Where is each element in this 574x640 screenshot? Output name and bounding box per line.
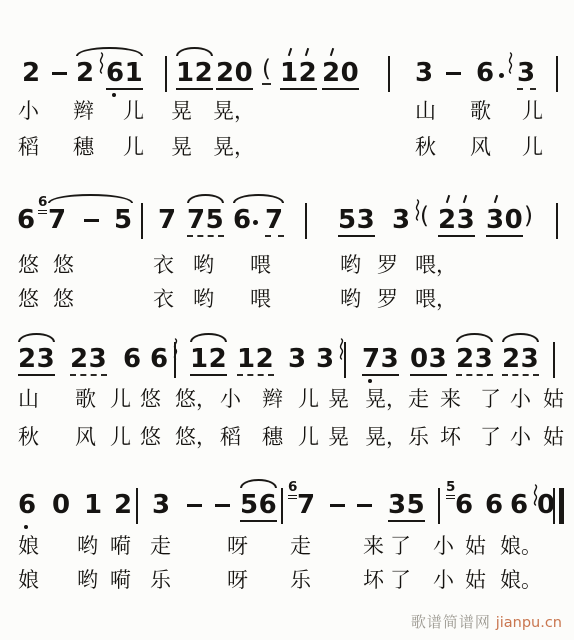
note-token: 0 bbox=[52, 492, 71, 518]
duration-dash bbox=[357, 504, 372, 507]
lyric-syllable: 辫 bbox=[262, 389, 283, 410]
lyric-syllable: 姑 bbox=[543, 427, 564, 448]
note-token: 23 bbox=[438, 207, 475, 237]
slur-arc bbox=[456, 333, 493, 342]
duration-dash bbox=[52, 72, 67, 75]
parenthesis: ( bbox=[420, 205, 429, 228]
lyric-syllable: 秋 bbox=[415, 137, 436, 158]
note-token: 7 bbox=[158, 207, 177, 233]
note-token: 23 bbox=[456, 346, 493, 376]
note-token: 6 bbox=[510, 492, 529, 518]
lyric-syllable: 衣 bbox=[153, 289, 174, 310]
note-token: 56 bbox=[240, 492, 277, 522]
final-barline-thick bbox=[559, 488, 564, 524]
lyric-syllable: 悠 bbox=[18, 289, 39, 310]
duration-dash bbox=[187, 504, 202, 507]
lyric-syllable: 哟 bbox=[77, 536, 98, 557]
wavy-ornament-icon bbox=[506, 52, 515, 78]
lyric-syllable: 走 bbox=[150, 536, 171, 557]
note-token: 6 bbox=[18, 492, 37, 518]
note-token: 2 bbox=[76, 60, 95, 86]
grace-note: 5 bbox=[446, 481, 455, 499]
lyric-syllable: 娘 bbox=[18, 570, 39, 591]
barline bbox=[281, 488, 283, 524]
lyric-syllable: 小 bbox=[220, 389, 241, 410]
note-token: 3 bbox=[288, 346, 307, 372]
barline bbox=[556, 56, 558, 92]
lyric-syllable: 小 bbox=[510, 389, 531, 410]
lyric-syllable: 悠 bbox=[18, 255, 39, 276]
lyric-syllable: 喂， bbox=[415, 255, 457, 276]
lyric-syllable: 姑 bbox=[543, 389, 564, 410]
dotted-note-dot bbox=[499, 73, 504, 78]
barline bbox=[174, 342, 176, 378]
lyric-syllable: 嗬 bbox=[110, 570, 131, 591]
lyric-syllable: 悠 bbox=[140, 427, 161, 448]
note-token: 35 bbox=[388, 492, 425, 522]
note-token: 61 bbox=[106, 60, 143, 90]
note-token: 03 bbox=[410, 346, 447, 376]
lyric-syllable: 喂 bbox=[250, 289, 271, 310]
slur-arc bbox=[76, 47, 143, 56]
lyric-syllable: 晃， bbox=[213, 101, 255, 122]
note-token: 1 bbox=[84, 492, 103, 518]
lyric-syllable: 歌 bbox=[75, 389, 96, 410]
lyric-syllable: 乐 bbox=[290, 570, 311, 591]
slur-arc bbox=[240, 479, 277, 488]
lyric-syllable: 乐 bbox=[408, 427, 429, 448]
note-token: 20 bbox=[216, 60, 253, 90]
lyric-syllable: 了 bbox=[390, 570, 411, 591]
lyric-syllable: 晃， bbox=[213, 137, 255, 158]
lyric-syllable: 呀 bbox=[227, 570, 248, 591]
slur-arc bbox=[502, 333, 539, 342]
lyric-syllable: 风 bbox=[75, 427, 96, 448]
note-token: 12 bbox=[280, 60, 317, 90]
accent-tick-icon bbox=[304, 48, 308, 56]
lyric-syllable: 小 bbox=[510, 427, 531, 448]
barline bbox=[388, 56, 390, 92]
parenthesis: ( bbox=[262, 58, 271, 85]
note-token: 12 bbox=[190, 346, 227, 376]
lyric-syllable: 罗 bbox=[377, 255, 398, 276]
note-token: 6 bbox=[233, 207, 252, 233]
lyric-syllable: 来 bbox=[440, 389, 461, 410]
lyric-syllable: 晃 bbox=[171, 101, 192, 122]
lyric-syllable: 儿 bbox=[522, 101, 543, 122]
lyric-syllable: 晃 bbox=[171, 137, 192, 158]
note-token: 12 bbox=[176, 60, 213, 90]
lyric-syllable: 了 bbox=[390, 536, 411, 557]
lyric-syllable: 辫 bbox=[73, 101, 94, 122]
lyric-syllable: 儿 bbox=[522, 137, 543, 158]
low-octave-dot bbox=[24, 525, 28, 529]
lyric-syllable: 悠 bbox=[140, 389, 161, 410]
lyric-syllable: 穗 bbox=[262, 427, 283, 448]
watermark-site-name: 歌谱简谱网 bbox=[411, 615, 491, 631]
note-token: 7 bbox=[48, 207, 67, 233]
lyric-syllable: 山 bbox=[415, 101, 436, 122]
lyric-syllable: 悠， bbox=[175, 389, 217, 410]
duration-dash bbox=[84, 219, 99, 222]
barline bbox=[165, 56, 167, 92]
note-token: 12 bbox=[237, 346, 274, 376]
parenthesis: ) bbox=[524, 205, 533, 228]
slur-arc bbox=[176, 47, 213, 56]
lyric-syllable: 儿 bbox=[110, 389, 131, 410]
accent-tick-icon bbox=[494, 195, 498, 203]
note-token: 6 bbox=[123, 346, 142, 372]
barline bbox=[438, 488, 440, 524]
barline bbox=[344, 342, 346, 378]
slur-arc bbox=[233, 194, 284, 203]
note-token: 3 bbox=[517, 60, 536, 90]
lyric-syllable: 儿 bbox=[110, 427, 131, 448]
lyric-syllable: 悠， bbox=[175, 427, 217, 448]
note-token: 2 bbox=[114, 492, 133, 518]
duration-dash bbox=[330, 504, 345, 507]
lyric-syllable: 走 bbox=[290, 536, 311, 557]
lyric-syllable: 小 bbox=[18, 101, 39, 122]
lyric-syllable: 了 bbox=[480, 389, 501, 410]
lyric-syllable: 稻 bbox=[220, 427, 241, 448]
note-token: 75 bbox=[187, 207, 224, 237]
lyric-syllable: 稻 bbox=[18, 137, 39, 158]
lyric-syllable: 娘。 bbox=[500, 570, 542, 591]
lyric-syllable: 儿 bbox=[123, 101, 144, 122]
lyric-syllable: 小 bbox=[433, 536, 454, 557]
note-token: 3 bbox=[415, 60, 434, 86]
lyric-syllable: 嗬 bbox=[110, 536, 131, 557]
note-token: 20 bbox=[322, 60, 359, 90]
slur-arc bbox=[18, 333, 55, 342]
note-token: 7 bbox=[297, 492, 316, 518]
lyric-syllable: 走 bbox=[408, 389, 429, 410]
lyric-syllable: 哟 bbox=[193, 289, 214, 310]
lyric-syllable: 哟 bbox=[340, 289, 361, 310]
accent-tick-icon bbox=[288, 48, 292, 56]
duration-dash bbox=[215, 504, 230, 507]
accent-tick-icon bbox=[462, 195, 466, 203]
lyric-syllable: 呀 bbox=[227, 536, 248, 557]
slur-arc bbox=[187, 194, 224, 203]
lyric-syllable: 儿 bbox=[123, 137, 144, 158]
lyric-syllable: 娘。 bbox=[500, 536, 542, 557]
dotted-note-dot bbox=[253, 220, 258, 225]
lyric-syllable: 穗 bbox=[73, 137, 94, 158]
lyric-syllable: 了 bbox=[480, 427, 501, 448]
lyric-syllable: 晃 bbox=[328, 389, 349, 410]
low-octave-dot bbox=[112, 93, 116, 97]
slur-arc bbox=[190, 333, 227, 342]
slur-arc bbox=[48, 194, 133, 203]
lyric-syllable: 晃， bbox=[365, 427, 407, 448]
barline bbox=[556, 203, 558, 239]
note-token: 5 bbox=[114, 207, 133, 233]
accent-tick-icon bbox=[330, 48, 334, 56]
lyric-syllable: 来 bbox=[363, 536, 384, 557]
lyric-syllable: 姑 bbox=[465, 570, 486, 591]
lyric-syllable: 歌 bbox=[470, 101, 491, 122]
note-token: 2 bbox=[22, 60, 41, 86]
lyric-syllable: 乐 bbox=[150, 570, 171, 591]
watermark-site-url: jianpu.cn bbox=[496, 615, 562, 631]
note-token: 23 bbox=[502, 346, 539, 376]
note-token: 6 bbox=[455, 492, 474, 518]
final-barline bbox=[553, 488, 555, 524]
lyric-syllable: 罗 bbox=[377, 289, 398, 310]
lyric-syllable: 小 bbox=[433, 570, 454, 591]
note-token: 23 bbox=[70, 346, 107, 376]
note-token: 53 bbox=[338, 207, 375, 237]
lyric-syllable: 秋 bbox=[18, 427, 39, 448]
lyric-syllable: 风 bbox=[470, 137, 491, 158]
lyric-syllable: 坏 bbox=[363, 570, 384, 591]
duration-dash bbox=[446, 72, 461, 75]
note-token: 3 bbox=[152, 492, 171, 518]
note-token: 6 bbox=[150, 346, 169, 372]
note-token: 6 bbox=[485, 492, 504, 518]
note-token: 6 bbox=[476, 60, 495, 86]
lyric-syllable: 晃 bbox=[328, 427, 349, 448]
barline bbox=[305, 203, 307, 239]
lyric-syllable: 姑 bbox=[465, 536, 486, 557]
lyric-syllable: 哟 bbox=[340, 255, 361, 276]
accent-tick-icon bbox=[446, 195, 450, 203]
lyric-syllable: 喂， bbox=[415, 289, 457, 310]
lyric-syllable: 娘 bbox=[18, 536, 39, 557]
note-token: 7 bbox=[265, 207, 284, 237]
note-token: 3 bbox=[316, 346, 335, 372]
barline bbox=[553, 342, 555, 378]
lyric-syllable: 山 bbox=[18, 389, 39, 410]
barline bbox=[141, 203, 143, 239]
lyric-syllable: 坏 bbox=[440, 427, 461, 448]
note-token: 23 bbox=[18, 346, 55, 376]
lyric-syllable: 悠 bbox=[53, 255, 74, 276]
lyric-syllable: 儿 bbox=[298, 427, 319, 448]
note-token: 3 bbox=[392, 207, 411, 233]
low-octave-dot bbox=[368, 379, 372, 383]
lyric-syllable: 衣 bbox=[153, 255, 174, 276]
grace-note: 6 bbox=[288, 481, 297, 499]
lyric-syllable: 哟 bbox=[193, 255, 214, 276]
barline bbox=[136, 488, 138, 524]
note-token: 73 bbox=[362, 346, 399, 376]
watermark: 歌谱简谱网 jianpu.cn bbox=[411, 611, 562, 632]
note-token: 6 bbox=[17, 207, 36, 233]
lyric-syllable: 哟 bbox=[77, 570, 98, 591]
grace-note: 6 bbox=[38, 196, 47, 214]
note-token: 30 bbox=[486, 207, 523, 237]
lyric-syllable: 喂 bbox=[250, 255, 271, 276]
lyric-syllable: 晃， bbox=[365, 389, 407, 410]
sheet-music-page: 22611220(1220363小辫儿晃晃，山歌儿稻穗儿晃晃，秋风儿667577… bbox=[0, 0, 574, 640]
lyric-syllable: 悠 bbox=[53, 289, 74, 310]
lyric-syllable: 儿 bbox=[298, 389, 319, 410]
